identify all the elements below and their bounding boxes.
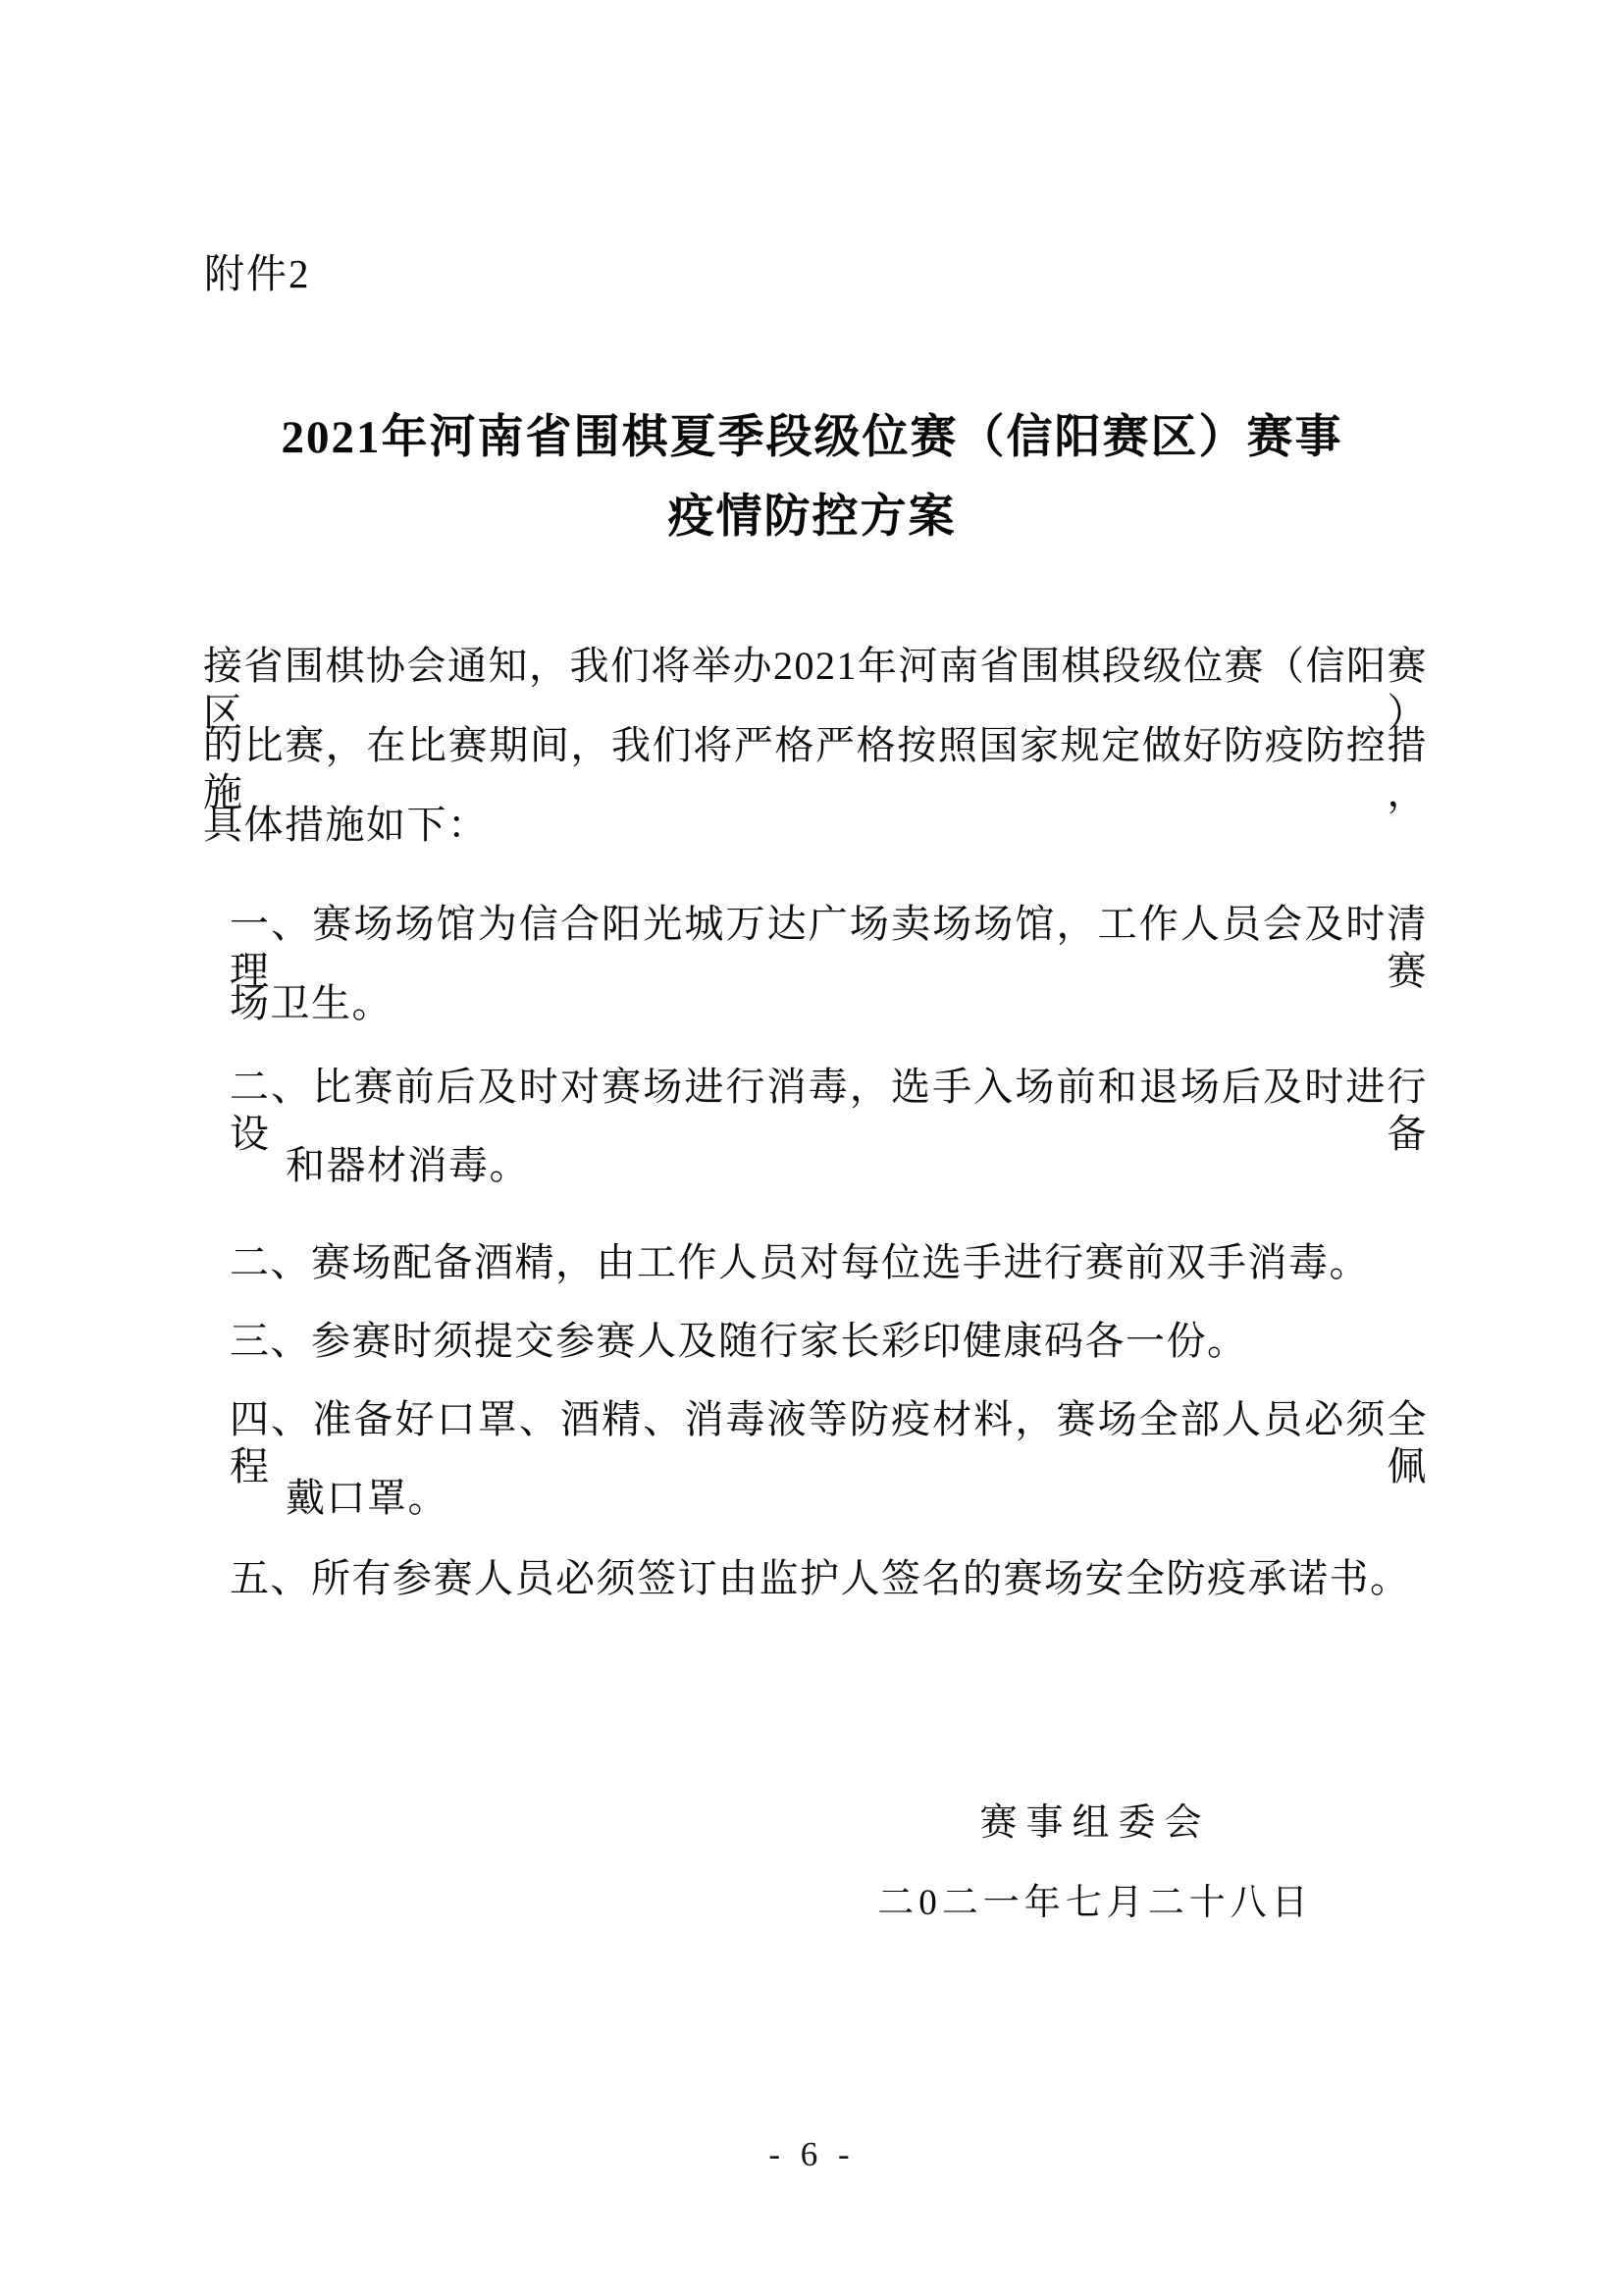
measure-item-2-line-2: 和器材消毒。 [286,1142,530,1189]
measure-item-1-line-2: 场卫生。 [230,980,1428,1027]
measure-item-5-line-2: 戴口罩。 [286,1475,448,1522]
document-title-line-1: 2021年河南省围棋夏季段级位赛（信阳赛区）赛事 [0,400,1624,466]
signature-organization: 赛事组委会 [801,1799,1389,1847]
measure-item-4: 三、参赛时须提交参赛人及随行家长彩印健康码各一份。 [230,1318,1428,1365]
scanned-document-page: 附件2 2021年河南省围棋夏季段级位赛（信阳赛区）赛事 疫情防控方案 接省围棋… [0,0,1624,2295]
attachment-label: 附件2 [204,241,311,299]
measure-item-6: 五、所有参赛人员必须签订由监护人签名的赛场安全防疫承诺书。 [230,1555,1428,1602]
signature-date: 二0二一年七月二十八日 [801,1880,1389,1927]
measure-item-3: 二、赛场配备酒精，由工作人员对每位选手进行赛前双手消毒。 [230,1239,1428,1286]
document-title-line-2: 疫情防控方案 [0,480,1624,546]
page-number: - 6 - [0,2135,1624,2174]
intro-paragraph-line-3: 具体措施如下： [203,802,1428,849]
